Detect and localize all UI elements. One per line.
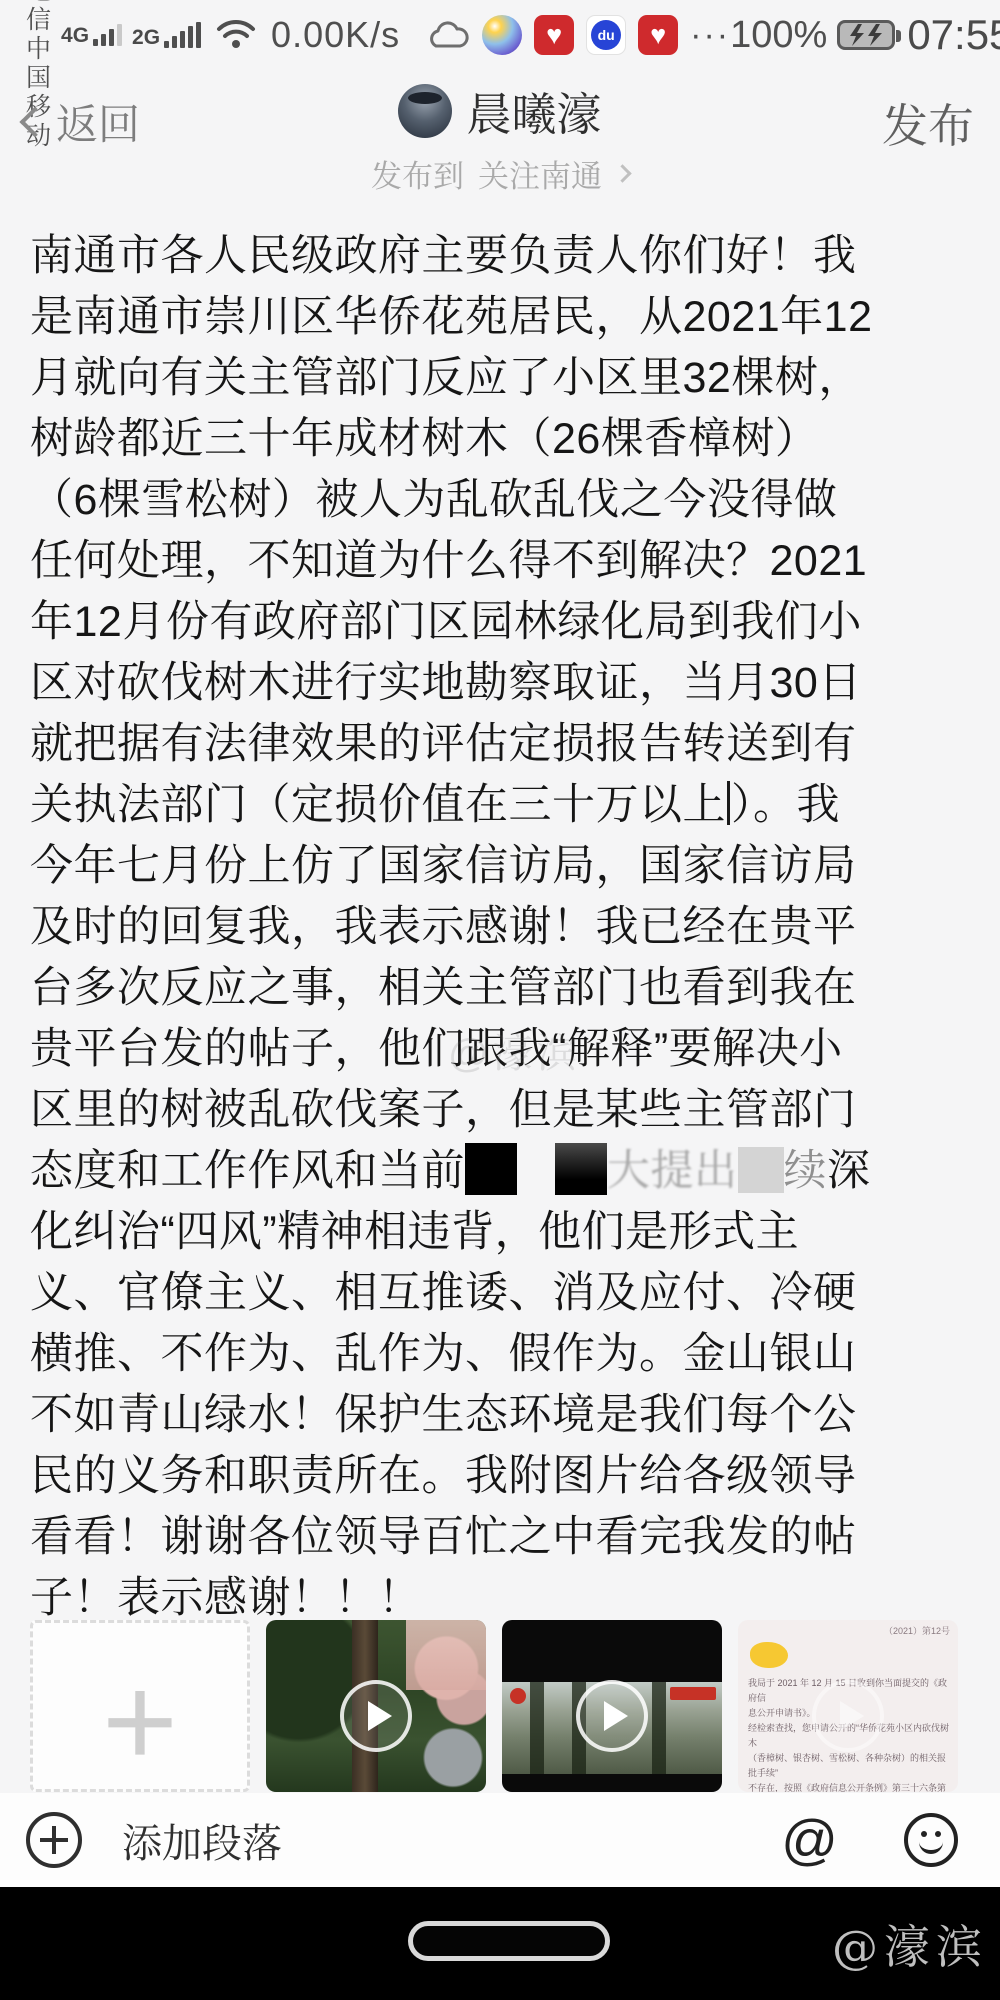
signal-bars-icon bbox=[164, 22, 201, 48]
avatar bbox=[398, 84, 452, 138]
home-indicator[interactable] bbox=[408, 1921, 610, 1961]
text-line: 横推、不作为、乱作为、假作为。金山银山 bbox=[30, 1324, 975, 1385]
text-line: 看看！谢谢各位领导百忙之中看完我发的帖 bbox=[30, 1507, 975, 1568]
text-line-redacted: 态度和工作作风和当前大提出续深 bbox=[30, 1141, 975, 1202]
chevron-right-icon bbox=[613, 164, 631, 182]
add-paragraph-label[interactable]: 添加段落 bbox=[122, 1812, 282, 1869]
more-icon: ··· bbox=[690, 30, 730, 40]
building-graphic bbox=[406, 1620, 486, 1690]
text-line: 年12月份有政府部门区园林绿化局到我们小 bbox=[30, 592, 975, 653]
post-text-editor[interactable]: 南通市各人民级政府主要负责人你们好！我 是南通市崇川区华侨花苑居民，从2021年… bbox=[30, 226, 975, 1629]
signal-bars-icon bbox=[93, 24, 122, 46]
video-thumbnail-trees[interactable] bbox=[266, 1620, 486, 1792]
status-bar: 中国电信 中国移动 4G 2G 0.00K/s ♥ bbox=[26, 4, 982, 66]
publish-to-label: 发布到 bbox=[371, 151, 464, 196]
heart-glyph: ♥ bbox=[650, 22, 666, 49]
text-line: 树龄都近三十年成材树木（26棵香樟树） bbox=[30, 409, 975, 470]
text-line: （6棵雪松树）被人为乱砍乱伐之今没得做 bbox=[30, 470, 975, 531]
red-banner-graphic bbox=[670, 1687, 716, 1700]
nav-bar: 返回 晨曦濠 发布到 关注南通 发布 bbox=[0, 78, 1000, 178]
baidu-paw-icon: du bbox=[586, 15, 626, 55]
text-line: 是南通市崇川区华侨花苑居民，从2021年12 bbox=[30, 287, 975, 348]
text-line: 台多次反应之事，相关主管部门也看到我在 bbox=[30, 958, 975, 1019]
signal-2g: 2G bbox=[132, 22, 201, 48]
add-paragraph-icon[interactable] bbox=[26, 1812, 82, 1868]
text-line: 义、官僚主义、相互推诿、消及应付、冷硬 bbox=[30, 1263, 975, 1324]
username: 晨曦濠 bbox=[466, 78, 601, 143]
video-thumbnail-street[interactable] bbox=[502, 1620, 722, 1792]
emoji-button[interactable] bbox=[904, 1813, 958, 1867]
heart-glyph: ♥ bbox=[546, 22, 562, 49]
publish-button[interactable]: 发布 bbox=[882, 90, 974, 156]
doc-text-line: （香樟树、银杏树、雪松树、各种杂树）的相关报批手续” bbox=[748, 1751, 950, 1781]
redaction-box-gray bbox=[738, 1147, 784, 1193]
network-speed: 0.00K/s bbox=[271, 14, 400, 56]
publish-channel: 关注南通 bbox=[478, 151, 602, 196]
tv-logo-graphic bbox=[510, 1688, 526, 1704]
redaction-box bbox=[555, 1143, 607, 1195]
text-line: 今年七月份上仿了国家信访局，国家信访局 bbox=[30, 836, 975, 897]
redaction-box bbox=[465, 1143, 517, 1195]
phone-screen: 中国电信 中国移动 4G 2G 0.00K/s ♥ bbox=[0, 0, 1000, 2000]
system-bottom-bar: @濠滨 bbox=[0, 1887, 1000, 2000]
text-line: 南通市各人民级政府主要负责人你们好！我 bbox=[30, 226, 975, 287]
play-icon bbox=[812, 1680, 884, 1752]
text-line: 化纠治“四风”精神相违背，他们是形式主 bbox=[30, 1202, 975, 1263]
heart-app-icon: ♥ bbox=[534, 15, 574, 55]
play-icon bbox=[340, 1680, 412, 1752]
add-image-tile[interactable]: + bbox=[30, 1620, 250, 1792]
signal-4g: 4G bbox=[61, 24, 122, 46]
text-line: 就把据有法律效果的评估定损报告转送到有 bbox=[30, 714, 975, 775]
net-2g-label: 2G bbox=[132, 28, 160, 48]
text-line: 区对砍伐树木进行实地勘察取证，当月30日 bbox=[30, 653, 975, 714]
text-line-with-cursor: 关执法部门（定损价值在三十万以上）。我 bbox=[30, 775, 975, 836]
net-4g-label: 4G bbox=[61, 26, 89, 46]
cloud-icon bbox=[426, 18, 470, 52]
publish-to-selector[interactable]: 发布到 关注南通 bbox=[371, 151, 629, 196]
heart-app-icon: ♥ bbox=[638, 15, 678, 55]
status-bar-right: 100% 07:55 bbox=[730, 11, 1000, 59]
yellow-highlight-graphic bbox=[750, 1642, 788, 1668]
video-thumbnail-document[interactable]: （2021）第12号 我局于 2021 年 12 月 15 日收到你当面提交的《… bbox=[738, 1620, 958, 1792]
editor-toolbar: 添加段落 @ bbox=[0, 1793, 1000, 1887]
text-line: 任何处理，不知道为什么得不到解决？2021 bbox=[30, 531, 975, 592]
battery-percent: 100% bbox=[730, 14, 827, 57]
doc-text-line: 不存在，按照《政府信息公开条例》第三十六条第（四）项 bbox=[748, 1781, 950, 1792]
faded-text: 续 bbox=[784, 1147, 828, 1195]
text-segment: 深 bbox=[827, 1147, 871, 1195]
baidu-glyph: du bbox=[591, 20, 621, 50]
mention-button[interactable]: @ bbox=[781, 1812, 838, 1868]
carrier-telecom: 中国电信 bbox=[26, 0, 51, 35]
clock: 07:55 bbox=[907, 11, 1000, 59]
notification-icons: ♥ du ♥ ··· bbox=[426, 15, 730, 55]
document-number: （2021）第12号 bbox=[884, 1624, 950, 1637]
text-segment: ）。我 bbox=[731, 781, 840, 829]
text-line: 不如青山绿水！保护生态环境是我们每个公 bbox=[30, 1385, 975, 1446]
nav-center: 晨曦濠 发布到 关注南通 bbox=[0, 78, 1000, 196]
text-cursor bbox=[727, 781, 730, 825]
plus-icon: + bbox=[102, 1656, 178, 1786]
play-icon bbox=[576, 1680, 648, 1752]
text-line: 贵平台发的帖子，他们跟我“解释”要解决小 bbox=[30, 1019, 975, 1080]
wifi-icon bbox=[215, 16, 257, 55]
battery-charging-icon bbox=[837, 20, 895, 50]
assistant-orb-icon bbox=[482, 15, 522, 55]
text-line: 月就向有关主管部门反应了小区里32棵树， bbox=[30, 348, 975, 409]
blurred-text: 大提出 bbox=[607, 1147, 738, 1195]
attachment-row: + （2021）第12号 我局于 2021 年 12 月 15 日收到你当面提交… bbox=[30, 1620, 978, 1792]
watermark: @濠滨 bbox=[832, 1911, 988, 1977]
text-line: 区里的树被乱砍伐案子，但是某些主管部门 bbox=[30, 1080, 975, 1141]
text-line: 及时的回复我，我表示感谢！我已经在贵平 bbox=[30, 897, 975, 958]
text-segment: 态度和工作作风和当前 bbox=[30, 1147, 465, 1195]
text-line: 民的义务和职责所在。我附图片给各级领导 bbox=[30, 1446, 975, 1507]
text-segment: 关执法部门（定损价值在三十万以上 bbox=[30, 781, 726, 829]
